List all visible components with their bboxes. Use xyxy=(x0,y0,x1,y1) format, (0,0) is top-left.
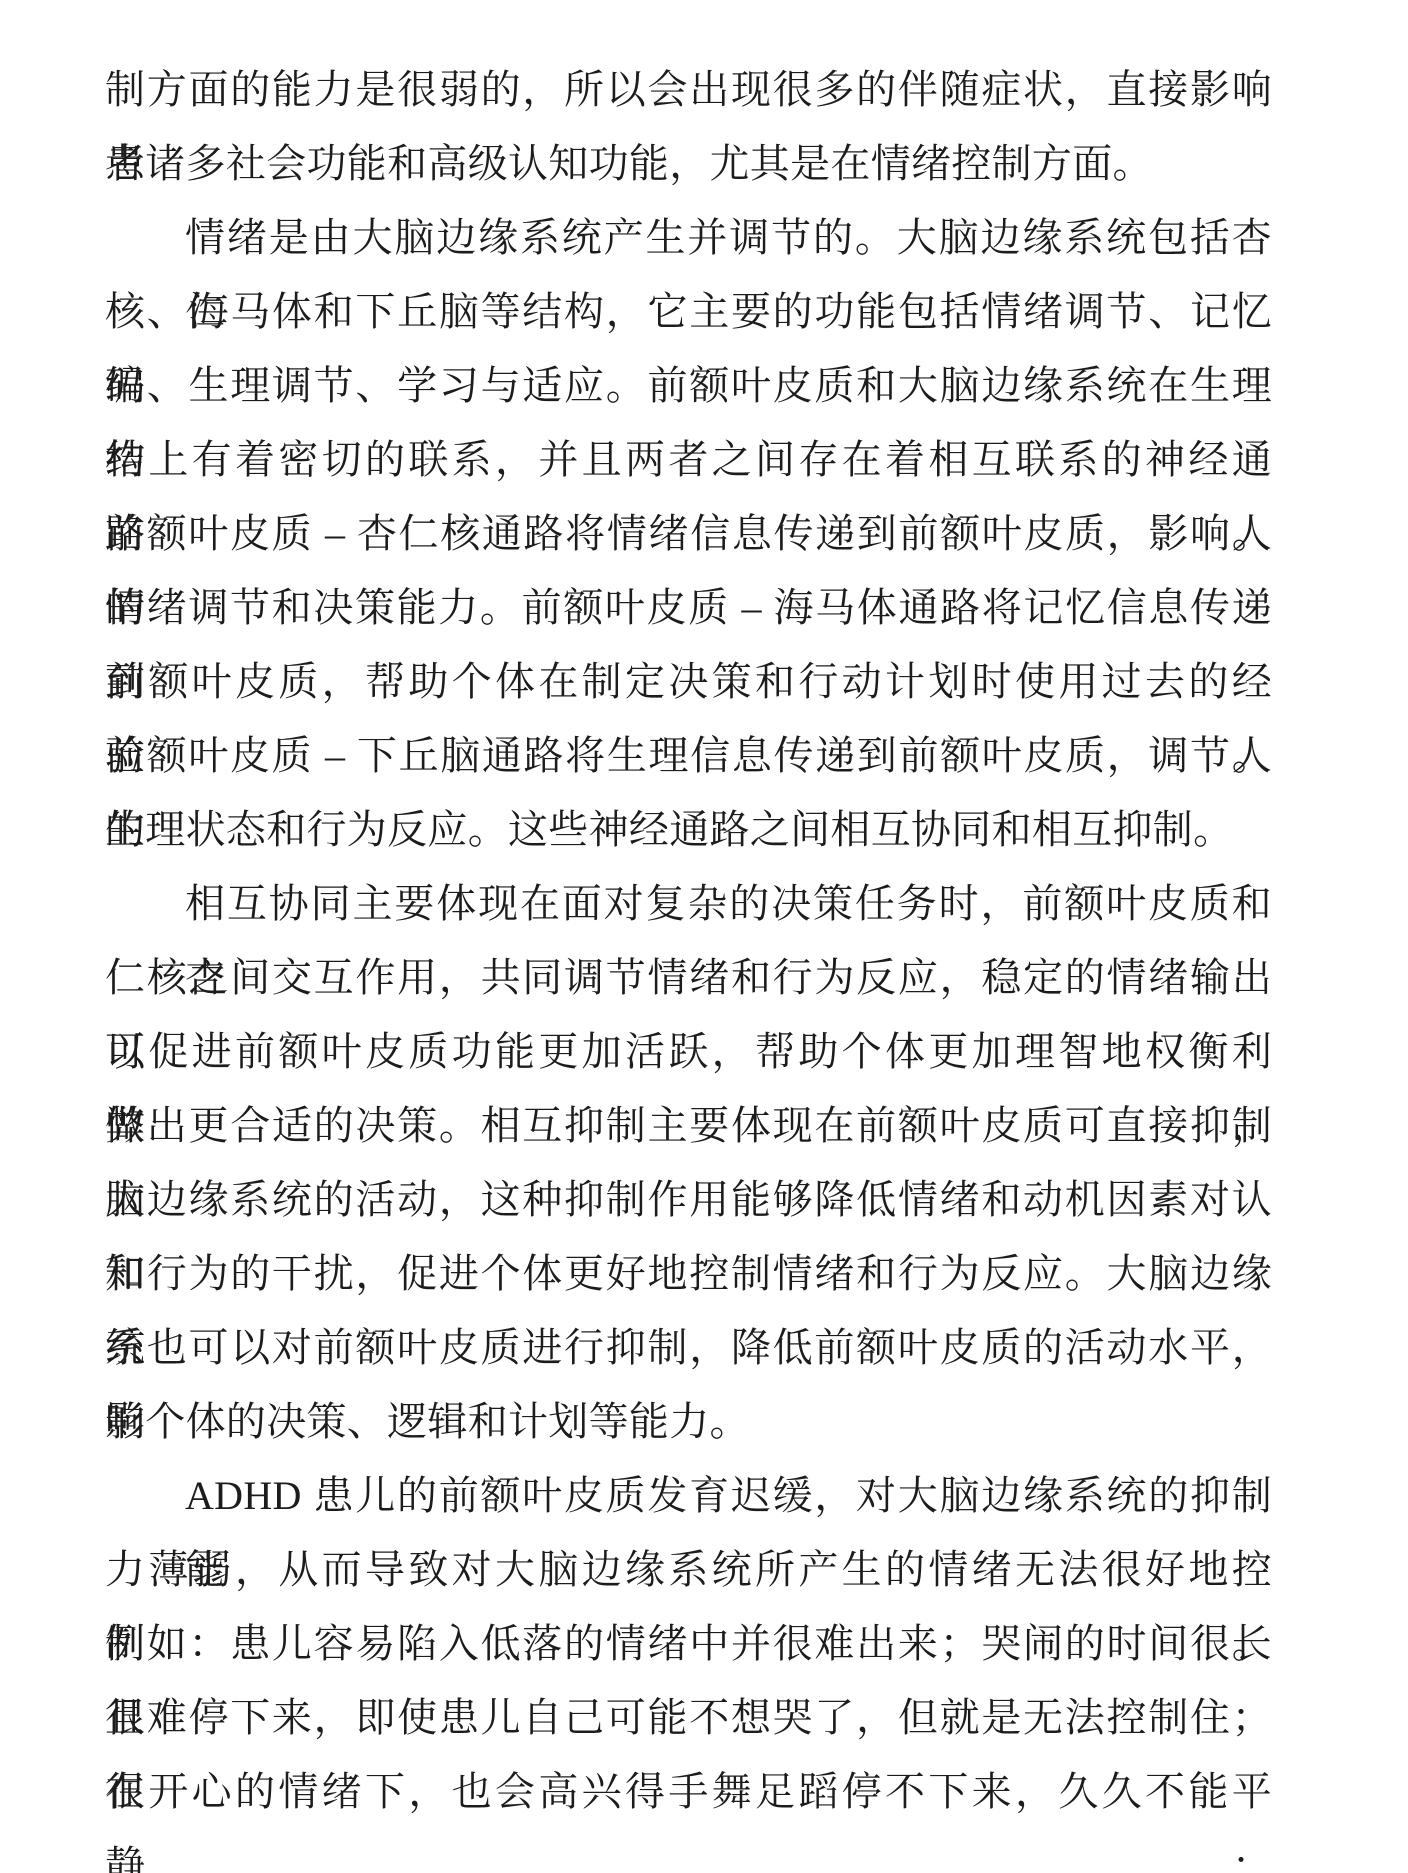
text-line: 前额叶皮质，帮助个体在制定决策和行动计划时使用过去的经验。 xyxy=(105,645,1272,719)
paragraph: 制方面的能力是很弱的，所以会出现很多的伴随症状，直接影响患者诸多社会功能和高级认… xyxy=(105,53,1272,201)
text-line: 统也可以对前额叶皮质进行抑制，降低前额叶皮质的活动水平，影 xyxy=(105,1311,1272,1385)
text-line: 和行为的干扰，促进个体更好地控制情绪和行为反应。大脑边缘系 xyxy=(105,1237,1272,1311)
paragraph: 情绪是由大脑边缘系统产生并调节的。大脑边缘系统包括杏仁核、海马体和下丘脑等结构，… xyxy=(105,201,1272,867)
paragraph: ADHD 患儿的前额叶皮质发育迟缓，对大脑边缘系统的抑制能力薄弱，从而导致对大脑… xyxy=(105,1459,1272,1829)
paragraph: 相互协同主要体现在面对复杂的决策任务时，前额叶皮质和杏仁核之间交互作用，共同调节… xyxy=(105,867,1272,1459)
text-line: 很难停下来，即使患儿自己可能不想哭了，但就是无法控制住；在 xyxy=(105,1681,1272,1755)
text-line: 码、生理调节、学习与适应。前额叶皮质和大脑边缘系统在生理结 xyxy=(105,349,1272,423)
text-line: 核、海马体和下丘脑等结构，它主要的功能包括情绪调节、记忆编 xyxy=(105,275,1272,349)
text-line: 构上有着密切的联系，并且两者之间存在着相互联系的神经通路。 xyxy=(105,423,1272,497)
document-page: 制方面的能力是很弱的，所以会出现很多的伴随症状，直接影响患者诸多社会功能和高级认… xyxy=(105,53,1272,1829)
text-line: 前额叶皮质 – 下丘脑通路将生理信息传递到前额叶皮质，调节人的 xyxy=(105,719,1272,793)
text-line: 相互协同主要体现在面对复杂的决策任务时，前额叶皮质和杏 xyxy=(105,867,1272,941)
text-line: 前额叶皮质 – 杏仁核通路将情绪信息传递到前额叶皮质，影响人的 xyxy=(105,497,1272,571)
text-line: 做出更合适的决策。相互抑制主要体现在前额叶皮质可直接抑制大 xyxy=(105,1089,1272,1163)
text-line: 制方面的能力是很弱的，所以会出现很多的伴随症状，直接影响患 xyxy=(105,53,1272,127)
text-line: ADHD 患儿的前额叶皮质发育迟缓，对大脑边缘系统的抑制能 xyxy=(105,1459,1272,1533)
text-line: 很开心的情绪下，也会高兴得手舞足蹈停不下来，久久不能平静； xyxy=(105,1755,1272,1829)
text-line: 响个体的决策、逻辑和计划等能力。 xyxy=(105,1385,1272,1459)
text-line: 情绪是由大脑边缘系统产生并调节的。大脑边缘系统包括杏仁 xyxy=(105,201,1272,275)
text-line: 力薄弱，从而导致对大脑边缘系统所产生的情绪无法很好地控制。 xyxy=(105,1533,1272,1607)
text-line: 情绪调节和决策能力。前额叶皮质 – 海马体通路将记忆信息传递到 xyxy=(105,571,1272,645)
text-line: 脑边缘系统的活动，这种抑制作用能够降低情绪和动机因素对认知 xyxy=(105,1163,1272,1237)
text-line: 者诸多社会功能和高级认知功能，尤其是在情绪控制方面。 xyxy=(105,127,1272,201)
text-line: 以促进前额叶皮质功能更加活跃，帮助个体更加理智地权衡利弊， xyxy=(105,1015,1272,1089)
text-line: 例如：患儿容易陷入低落的情绪中并很难出来；哭闹的时间很长且 xyxy=(105,1607,1272,1681)
text-line: 生理状态和行为反应。这些神经通路之间相互协同和相互抑制。 xyxy=(105,793,1272,867)
text-line: 仁核之间交互作用，共同调节情绪和行为反应，稳定的情绪输出可 xyxy=(105,941,1272,1015)
